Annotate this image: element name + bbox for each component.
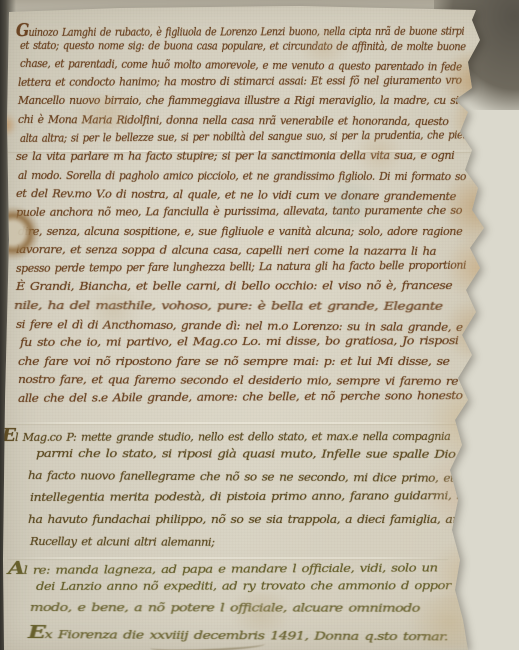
manuscript-line-17: si fere el dì di Ancthomaso, grande dì: … [16,318,463,334]
manuscript-line-13: lavorare, et senza soppa d alcuna casa, … [16,243,436,258]
manuscript-line-24: ha facto nuovo fanellegrame che nõ so se… [28,469,474,485]
manuscript-line-8: se la vita parlare m ha facto stupire; s… [16,149,454,163]
paper-stain [0,112,16,138]
manuscript-line-6: chi è Mona Maria Ridolfini, donna nella … [18,113,449,128]
manuscript-line-25: intellegentia merita podestà, di pistoia… [30,489,470,504]
manuscript-line-14: spesso perde tempo per fare lunghezza be… [16,259,466,275]
manuscript-line-16: nile, ha del masthile, vohoso, pure: è b… [14,299,443,313]
manuscript-line-1: Guinozo Lamghi de rubacto, è figliuola d… [16,19,464,41]
manuscript-paper: Guinozo Lamghi de rubacto, è figliuola d… [0,0,519,650]
manuscript-line-12: dire, senza, alcuna sospitione, e, sue f… [18,225,462,238]
manuscript-line-18: fu sto che io, mi partivo, el Mag.co Lo.… [20,334,458,349]
manuscript-line-20: nostro fare, et qua faremo secondo el de… [18,373,458,388]
manuscript-line-5: Mancello nuovo birraio, che fiammeggiava… [18,94,458,107]
manuscript-line-15: È Grandi, Biancha, et belle carni, di be… [16,279,452,293]
manuscript-line-7: alta altra; si per le bellezze sue, si p… [20,128,472,145]
manuscript-line-28: Al re: manda lagneza, ad papa e mandare … [8,555,438,579]
manuscript-line-30: modo, e bene, a nõ potere l officiale, a… [30,601,420,615]
manuscript-line-11: puole anchora nõ meo, La fanciulla è pur… [16,204,462,219]
paper-stain [428,540,510,612]
manuscript-line-27: Rucellay et alcuni altri alemanni; [30,535,215,549]
manuscript-line-9: al modo. Sorella di pagholo amico piccio… [18,169,466,183]
manuscript-line-22: El Mag.co P: mette grande studio, nello … [2,424,450,446]
manuscript-line-19: che fare voi nõ ripostono fare se nõ sem… [18,355,449,368]
manuscript-line-21: alle che del s.e Abile grande, amore: ch… [18,389,463,405]
manuscript-line-10: et del Rev.mo V.o di nostra, al quale, e… [16,187,456,203]
manuscript-line-29: dei Lanzio anno nõ expediti, ad ry trova… [36,579,466,593]
manuscript-line-4: lettera et condocto hanimo; ha mostro di… [18,74,462,89]
manuscript-sheet-wrap: Guinozo Lamghi de rubacto, è figliuola d… [0,0,519,650]
manuscript-line-26: ha havuto fundachai philippo, nõ so se s… [28,513,476,526]
manuscript-line-31: Ex Fiorenza die xxviiij decembris 1491, … [28,622,448,645]
manuscript-line-2: et stato; questo nome sig: de buona casa… [20,39,466,53]
manuscript-line-3: chase, et parentadi, come huõ molto amor… [20,57,462,73]
manuscript-line-23: parmi che lo stato, si riposi già quasi … [36,447,456,461]
